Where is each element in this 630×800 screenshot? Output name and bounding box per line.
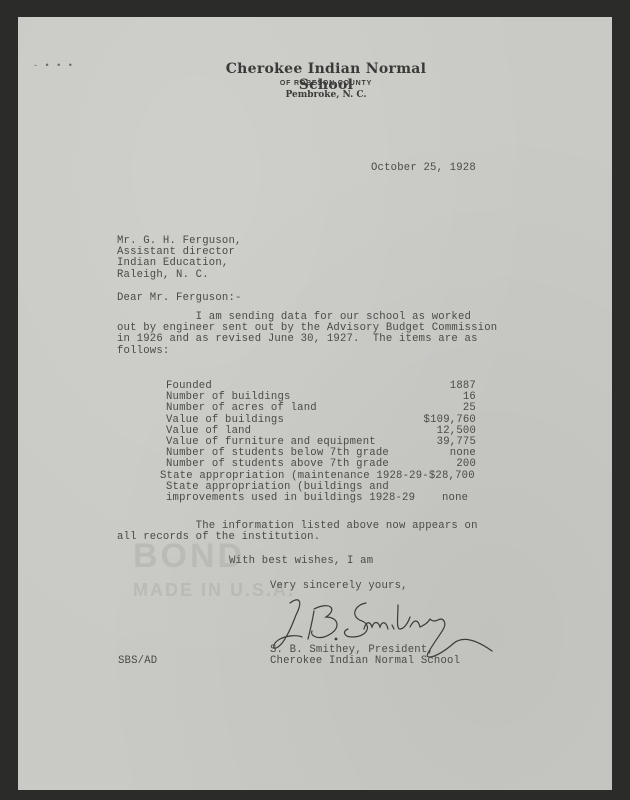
letter-date: October 25, 1928 — [371, 163, 476, 174]
letterhead-county: OF ROBESON COUNTY — [196, 80, 456, 87]
salutation: Dear Mr. Ferguson:- — [117, 293, 242, 304]
letter-page: - • • • BOND MADE IN U.S.A. Cherokee Ind… — [18, 17, 612, 790]
appropriation-buildings-line2: improvements used in buildings 1928-29 — [166, 493, 442, 504]
data-row-acres: Number of acres of land 25 — [166, 403, 476, 414]
corner-marks: - • • • — [34, 60, 75, 70]
appropriation-buildings: State appropriation (buildings and impro… — [166, 482, 468, 504]
body-line: follows: — [117, 346, 497, 357]
recipient-city: Raleigh, N. C. — [117, 270, 242, 281]
data-value: 25 — [394, 403, 476, 414]
closing-paragraph: The information listed above now appears… — [117, 521, 478, 543]
typist-initials: SBS/AD — [118, 656, 157, 667]
signer-institution: Cherokee Indian Normal School — [270, 656, 460, 667]
data-row-students-above: Number of students above 7th grade 200 — [166, 459, 476, 470]
complimentary-close: Very sincerely yours, — [270, 581, 408, 592]
best-wishes: With best wishes, I am — [229, 556, 373, 567]
data-label: Number of acres of land — [166, 403, 394, 414]
school-data-list: Founded 1887 Number of buildings 16 Numb… — [166, 381, 476, 471]
data-value: 200 — [394, 459, 476, 470]
letterhead-school-name: Cherokee Indian Normal School — [196, 61, 456, 93]
body-line: in 1926 and as revised June 30, 1927. Th… — [117, 334, 497, 345]
data-label: Number of students above 7th grade — [166, 459, 394, 470]
letterhead-city: Pembroke, N. C. — [196, 90, 456, 100]
signer-block: S. B. Smithey, President, Cherokee India… — [270, 645, 460, 667]
appropriation-buildings-value: none — [442, 493, 468, 504]
body-paragraph: I am sending data for our school as work… — [117, 312, 497, 357]
recipient-address: Mr. G. H. Ferguson, Assistant director I… — [117, 236, 242, 281]
closing-line: all records of the institution. — [117, 532, 478, 543]
recipient-department: Indian Education, — [117, 258, 242, 269]
scanned-document-viewer: - • • • BOND MADE IN U.S.A. Cherokee Ind… — [0, 0, 630, 800]
